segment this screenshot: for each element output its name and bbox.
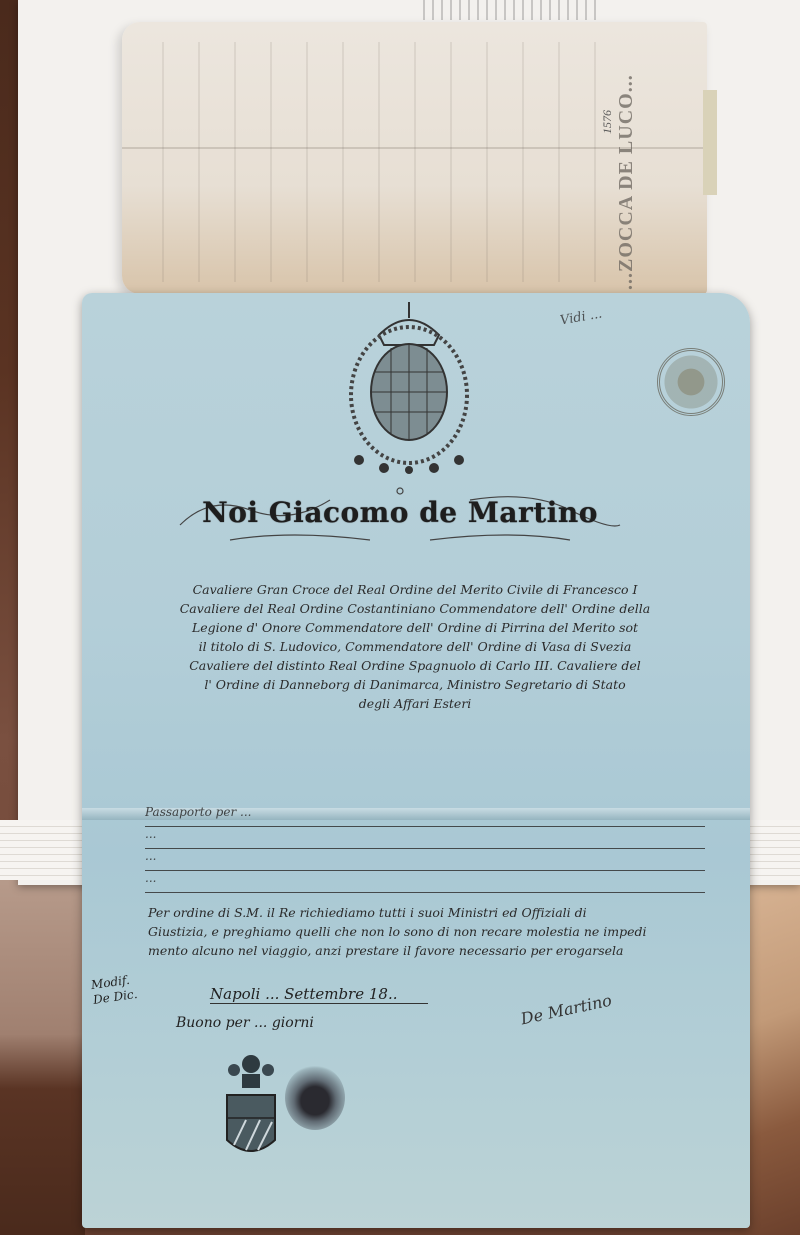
titles-line: il titolo di S. Ludovico, Commendatore d… — [135, 637, 695, 656]
order-line: Per ordine di S.M. il Re richiediamo tut… — [148, 903, 678, 922]
printed-text-fragment — [423, 0, 603, 20]
wax-seal-stain — [285, 1065, 345, 1130]
table-surface-left — [0, 870, 85, 1235]
minister-titles: Cavaliere Gran Croce del Real Ordine del… — [135, 580, 695, 713]
titles-line: degli Affari Esteri — [135, 694, 695, 713]
titles-line: l' Ordine di Danneborg di Danimarca, Min… — [135, 675, 695, 694]
margin-annotation: Modif. De Dic. — [90, 972, 138, 1008]
titles-line: Cavaliere del distinto Real Ordine Spagn… — [135, 656, 695, 675]
titles-line: Cavaliere Gran Croce del Real Ordine del… — [135, 580, 695, 599]
document-title: Noi Giacomo de Martino — [190, 496, 610, 529]
titles-line: Legione d' Onore Commendatore dell' Ordi… — [135, 618, 695, 637]
place-and-date: Napoli ... Settembre 18.. — [210, 985, 428, 1004]
titles-line: Cavaliere del Real Ordine Costantiniano … — [135, 599, 695, 618]
validity-note: Buono per ... giorni — [176, 1015, 314, 1031]
bearer-details-lines: Passaporto per ... ... ... ... — [145, 805, 705, 893]
upper-document-note: 1576 — [600, 110, 615, 134]
bearer-line: Passaporto per ... — [145, 805, 705, 827]
bookmark-tab — [703, 90, 717, 195]
bearer-line: ... — [145, 871, 705, 893]
bearer-line: ... — [145, 849, 705, 871]
royal-coat-of-arms-icon — [334, 300, 484, 475]
upper-document-heading: ...ZOCCA DE LUCO... — [615, 40, 643, 290]
royal-order-text: Per ordine di S.M. il Re richiediamo tut… — [148, 903, 678, 960]
order-line: Giustizia, e preghiamo quelli che non lo… — [148, 922, 678, 941]
order-line: mento alcuno nel viaggio, anzi prestare … — [148, 941, 678, 960]
faded-handwriting — [162, 42, 602, 282]
round-stamp-icon — [657, 348, 725, 416]
family-crest-icon — [222, 1050, 280, 1165]
bearer-line: ... — [145, 827, 705, 849]
